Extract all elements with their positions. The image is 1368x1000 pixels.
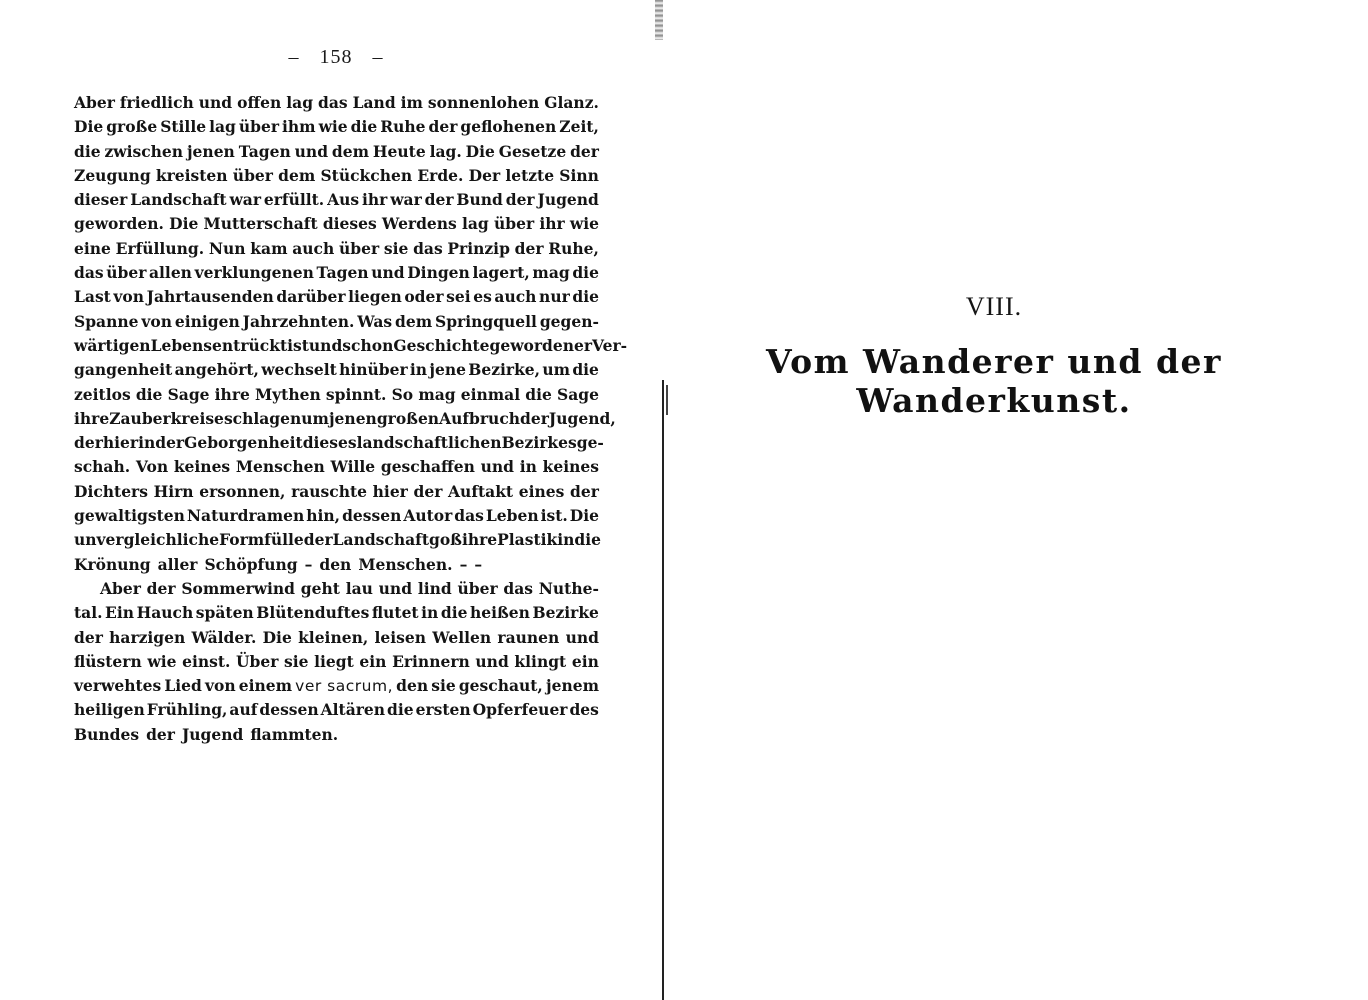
word: Wellen: [432, 626, 491, 650]
word: sie: [284, 650, 308, 674]
word: ist.: [541, 504, 568, 528]
word: Was: [357, 310, 392, 334]
word: spinnt.: [326, 383, 387, 407]
word: Lied: [164, 674, 202, 698]
word: So: [392, 383, 414, 407]
word: sei: [446, 285, 470, 309]
word: Bezirke: [533, 601, 599, 625]
word: Zeit,: [559, 115, 599, 139]
word: über: [239, 115, 279, 139]
word: liegen: [348, 285, 402, 309]
word: ihr: [362, 188, 387, 212]
word: schon: [342, 334, 393, 358]
word: offen: [237, 91, 281, 115]
word: ihr: [539, 212, 564, 236]
word: Mutterschaft: [204, 212, 318, 236]
word: ver sacrum,: [295, 674, 393, 698]
word: leisen: [375, 626, 427, 650]
word: späten: [196, 601, 254, 625]
word: Opferfeuer: [473, 698, 568, 722]
word: der: [429, 115, 458, 139]
word: und: [309, 334, 342, 358]
word: erfüllt.: [264, 188, 324, 212]
chapter-number: VIII.: [664, 292, 1324, 322]
word: Über: [236, 650, 278, 674]
word: lind: [418, 577, 452, 601]
word: von: [141, 310, 172, 334]
word: Menschen.: [358, 553, 452, 577]
text-line: AberderSommerwindgehtlauundlindüberdasNu…: [74, 577, 599, 601]
word: mag: [418, 383, 455, 407]
word: Aufbruch: [439, 407, 520, 431]
text-line: AberfriedlichundoffenlagdasLandimsonnenl…: [74, 91, 599, 115]
word: große: [106, 115, 157, 139]
word: Krönung: [74, 553, 151, 577]
word: heißen: [470, 601, 530, 625]
word: geflohenen: [460, 115, 556, 139]
word: Frühling,: [147, 698, 228, 722]
word: Tagen: [317, 261, 369, 285]
text-line: SpannevoneinigenJahrzehnten.WasdemSpring…: [74, 310, 599, 334]
text-line: derharzigenWälder.Diekleinen,leisenWelle…: [74, 626, 599, 650]
word: und: [295, 140, 328, 164]
chapter-title: Vom Wanderer und der Wanderkunst.: [664, 342, 1324, 420]
word: ersonnen,: [199, 480, 285, 504]
text-line: heiligenFrühling,aufdessenAltärendieerst…: [74, 698, 599, 722]
word: dieses: [323, 212, 377, 236]
word: Stille: [160, 115, 206, 139]
word: lag.: [430, 140, 462, 164]
word: mag: [532, 261, 569, 285]
word: von: [205, 674, 236, 698]
word: ihre: [215, 383, 250, 407]
word: Die: [169, 212, 198, 236]
word: Springquell: [435, 310, 537, 334]
word: Dingen: [407, 261, 470, 285]
word: keines: [174, 455, 230, 479]
text-line: eineErfüllung.NunkamauchübersiedasPrinzi…: [74, 237, 599, 261]
word: ein: [572, 650, 599, 674]
word: und: [199, 91, 232, 115]
word: um: [301, 407, 329, 431]
word: und: [379, 577, 412, 601]
word: eines: [519, 480, 565, 504]
word: über: [233, 164, 273, 188]
word: Jahrzehnten.: [243, 310, 355, 334]
text-line: flüsternwieeinst.ÜbersieliegteinErinnern…: [74, 650, 599, 674]
word: gegen-: [540, 310, 599, 334]
word: gewaltigsten: [74, 504, 185, 528]
word: die: [351, 115, 378, 139]
word: Erfüllung.: [116, 237, 204, 261]
word: gewordener: [490, 334, 593, 358]
word: geschaffen: [381, 455, 475, 479]
word: um: [542, 358, 570, 382]
word: einem: [239, 674, 292, 698]
word: über: [494, 212, 534, 236]
text-line: geworden.DieMutterschaftdiesesWerdenslag…: [74, 212, 599, 236]
word: in: [138, 431, 155, 455]
word: hin,: [306, 504, 340, 528]
word: es: [473, 285, 492, 309]
word: ihre: [74, 407, 109, 431]
word: der: [146, 723, 175, 747]
word: der: [74, 626, 103, 650]
word: letzte: [505, 164, 554, 188]
word: die: [572, 261, 599, 285]
word: Die: [263, 626, 292, 650]
word: der: [304, 528, 333, 552]
word: dieses: [303, 431, 357, 455]
word: in: [410, 358, 427, 382]
word: Ein: [105, 601, 134, 625]
word: Glanz.: [544, 91, 599, 115]
word: Sage: [557, 383, 599, 407]
word: –: [460, 553, 468, 577]
word: die: [387, 698, 414, 722]
word: auch: [292, 237, 334, 261]
word: lagert,: [472, 261, 529, 285]
word: lag: [462, 212, 489, 236]
word: einst.: [182, 650, 230, 674]
word: zwischen: [104, 140, 183, 164]
word: der: [520, 407, 549, 431]
word: lag: [209, 115, 236, 139]
word: Schöpfung: [204, 553, 297, 577]
word: die: [572, 358, 599, 382]
word: der: [515, 237, 544, 261]
word: Sinn: [559, 164, 599, 188]
word: den: [396, 674, 428, 698]
text-line: derhierinderGeborgenheitdieseslandschaft…: [74, 431, 599, 455]
word: ihm: [282, 115, 316, 139]
text-line: LastvonJahrtausendendarüberliegenodersei…: [74, 285, 599, 309]
word: wie: [147, 650, 176, 674]
word: Die: [570, 504, 599, 528]
word: Tagen: [239, 140, 291, 164]
word: Mythen: [255, 383, 321, 407]
word: kreisten: [156, 164, 228, 188]
word: der: [414, 480, 443, 504]
word: und: [371, 261, 404, 285]
word: Bundes: [74, 723, 139, 747]
text-line: gewaltigstenNaturdramenhin,dessenAutorda…: [74, 504, 599, 528]
word: der: [570, 140, 599, 164]
word: Aber: [74, 91, 115, 115]
word: Erde.: [417, 164, 463, 188]
word: Bund: [456, 188, 502, 212]
word: Ruhe: [380, 115, 425, 139]
word: wärtigen: [74, 334, 151, 358]
word: nur: [539, 285, 570, 309]
word: Stückchen: [320, 164, 412, 188]
word: Formfülle: [219, 528, 304, 552]
text-line: ihreZauberkreiseschlagenumjenengroßenAuf…: [74, 407, 599, 431]
word: die: [572, 285, 599, 309]
word: Blütenduftes: [256, 601, 369, 625]
word: der: [506, 188, 535, 212]
word: die: [525, 383, 552, 407]
word: Der: [469, 164, 500, 188]
word: sie: [431, 674, 455, 698]
word: ein: [359, 650, 386, 674]
word: Geschichte: [393, 334, 489, 358]
word: Sage: [168, 383, 210, 407]
word: Wälder.: [192, 626, 257, 650]
word: liegt: [314, 650, 354, 674]
word: lag: [286, 91, 313, 115]
word: verwehtes: [74, 674, 161, 698]
text-line: KrönungallerSchöpfung–denMenschen.––: [74, 553, 599, 577]
word: landschaftlichen: [357, 431, 502, 455]
word: goß: [429, 528, 462, 552]
word: Werdens: [382, 212, 457, 236]
word: flüstern: [74, 650, 142, 674]
word: jene: [429, 358, 466, 382]
word: das: [318, 91, 348, 115]
word: jenen: [329, 407, 377, 431]
text-line: DiegroßeStillelagüberihmwiedieRuhedergef…: [74, 115, 599, 139]
word: von: [113, 285, 144, 309]
word: der: [147, 577, 176, 601]
text-line: diezwischenjenenTagenunddemHeutelag.DieG…: [74, 140, 599, 164]
word: hier: [373, 480, 408, 504]
word: und: [475, 650, 508, 674]
word: sie: [384, 237, 408, 261]
word: den: [319, 553, 351, 577]
word: die: [574, 528, 601, 552]
word: Nuthe-: [539, 577, 599, 601]
text-line: gangenheitangehört,wechselthinüberinjene…: [74, 358, 599, 382]
word: Bezirkes: [502, 431, 577, 455]
word: das: [413, 237, 443, 261]
word: –: [305, 553, 313, 577]
word: friedlich: [120, 91, 194, 115]
word: Autor: [403, 504, 452, 528]
word: die: [441, 601, 468, 625]
word: über: [457, 577, 497, 601]
word: kleinen,: [298, 626, 368, 650]
word: angehört,: [175, 358, 259, 382]
word: Landschaft: [130, 188, 226, 212]
word: eine: [74, 237, 111, 261]
left-page: – 158 – AberfriedlichundoffenlagdasLandi…: [0, 0, 660, 1000]
word: raunen: [497, 626, 559, 650]
word: wie: [319, 115, 348, 139]
word: kam: [250, 237, 287, 261]
word: schah.: [74, 455, 130, 479]
word: heiligen: [74, 698, 145, 722]
word: Heute: [373, 140, 426, 164]
word: Nun: [209, 237, 246, 261]
word: lau: [346, 577, 373, 601]
word: Hauch: [137, 601, 194, 625]
word: der: [155, 431, 184, 455]
word: dem: [278, 164, 315, 188]
text-line: wärtigenLebensentrücktistundschonGeschic…: [74, 334, 599, 358]
word: Zeugung: [74, 164, 151, 188]
word: aller: [158, 553, 198, 577]
word: war: [229, 188, 261, 212]
word: unvergleichliche: [74, 528, 219, 552]
text-line: verwehtesLiedvoneinemver sacrum,densiege…: [74, 674, 599, 698]
word: dem: [332, 140, 369, 164]
word: sonnenlohen: [428, 91, 539, 115]
text-line: zeitlosdieSageihreMythenspinnt.Somageinm…: [74, 383, 599, 407]
word: Ruhe,: [548, 237, 599, 261]
word: hier: [103, 431, 138, 455]
word: einigen: [175, 310, 240, 334]
word: Land: [353, 91, 396, 115]
word: in: [421, 601, 438, 625]
word: Altären: [321, 698, 385, 722]
word: Jugend: [537, 188, 598, 212]
word: Prinzip: [447, 237, 510, 261]
text-line: BundesderJugendflammten.: [74, 723, 599, 747]
word: flammten.: [250, 723, 338, 747]
word: des: [569, 698, 598, 722]
word: Wille: [330, 455, 375, 479]
word: ist: [287, 334, 309, 358]
page-number-dash-left: –: [289, 46, 300, 69]
word: dieser: [74, 188, 127, 212]
word: großen: [377, 407, 439, 431]
word: einmal: [461, 383, 520, 407]
word: das: [74, 261, 104, 285]
word: Hirn: [154, 480, 194, 504]
word: entrückt: [212, 334, 287, 358]
word: die: [136, 383, 163, 407]
page-number-dash-right: –: [373, 46, 384, 69]
word: Leben: [486, 504, 539, 528]
text-line: ZeugungkreistenüberdemStückchenErde.Derl…: [74, 164, 599, 188]
word: Jahrtausenden: [147, 285, 274, 309]
word: Gesetze: [499, 140, 567, 164]
word: Geborgenheit: [184, 431, 303, 455]
text-line: dieserLandschaftwarerfüllt.AusihrwarderB…: [74, 188, 599, 212]
word: auch: [494, 285, 536, 309]
word: jenen: [187, 140, 235, 164]
word: rauschte: [291, 480, 367, 504]
word: allen: [149, 261, 192, 285]
word: Zauberkreise: [109, 407, 224, 431]
word: wechselt: [261, 358, 337, 382]
page-number-value: 158: [320, 46, 353, 68]
word: Die: [466, 140, 495, 164]
word: Naturdramen: [187, 504, 304, 528]
word: darüber: [276, 285, 345, 309]
word: ersten: [416, 698, 471, 722]
text-line: DichtersHirnersonnen,rauschtehierderAuft…: [74, 480, 599, 504]
word: war: [390, 188, 422, 212]
word: über: [106, 261, 146, 285]
word: geht: [301, 577, 340, 601]
gutter-scan-artifact: [655, 0, 663, 40]
word: Dichters: [74, 480, 148, 504]
word: dessen: [342, 504, 401, 528]
word: gangenheit: [74, 358, 172, 382]
word: –: [474, 553, 482, 577]
word: jenem: [546, 674, 599, 698]
word: auf: [229, 698, 257, 722]
book-spread: – 158 – AberfriedlichundoffenlagdasLandi…: [0, 0, 1368, 1000]
word: Menschen: [236, 455, 325, 479]
word: dessen: [259, 698, 318, 722]
word: das: [454, 504, 484, 528]
word: ihre: [462, 528, 497, 552]
word: Plastik: [497, 528, 557, 552]
word: ge-: [577, 431, 604, 455]
word: hinüber: [339, 358, 408, 382]
word: Last: [74, 285, 111, 309]
word: Von: [136, 455, 168, 479]
word: verklungenen: [195, 261, 314, 285]
text-line: unvergleichlicheFormfüllederLandschaftgo…: [74, 528, 599, 552]
word: der: [425, 188, 454, 212]
word: keines: [543, 455, 599, 479]
word: geschaut,: [459, 674, 543, 698]
word: flutet: [372, 601, 419, 625]
word: oder: [404, 285, 443, 309]
text-line: dasüberallenverklungenenTagenundDingenla…: [74, 261, 599, 285]
text-line: schah.VonkeinesMenschenWillegeschaffenun…: [74, 455, 599, 479]
word: geworden.: [74, 212, 164, 236]
word: und: [481, 455, 514, 479]
page-number: – 158 –: [0, 46, 672, 69]
word: Lebens: [151, 334, 212, 358]
right-page: VIII. Vom Wanderer und der Wanderkunst.: [664, 0, 1368, 1000]
word: das: [503, 577, 533, 601]
word: schlagen: [224, 407, 301, 431]
word: Aus: [327, 188, 359, 212]
word: Die: [74, 115, 103, 139]
word: Jugend: [182, 723, 243, 747]
word: die: [74, 140, 101, 164]
word: Sommerwind: [181, 577, 295, 601]
word: wie: [570, 212, 599, 236]
word: Auftakt: [448, 480, 513, 504]
word: der: [74, 431, 103, 455]
word: im: [401, 91, 423, 115]
word: Jugend,: [549, 407, 616, 431]
word: klingt: [514, 650, 566, 674]
word: Erinnern: [392, 650, 470, 674]
word: Aber: [100, 577, 141, 601]
word: Spanne: [74, 310, 138, 334]
word: Landschaft: [333, 528, 429, 552]
word: der: [570, 480, 599, 504]
word: zeitlos: [74, 383, 131, 407]
word: über: [339, 237, 379, 261]
word: harzigen: [109, 626, 185, 650]
word: Bezirke,: [468, 358, 540, 382]
body-text: AberfriedlichundoffenlagdasLandimsonnenl…: [74, 91, 599, 747]
word: Ver-: [592, 334, 627, 358]
word: tal.: [74, 601, 103, 625]
word: in: [520, 455, 537, 479]
text-line: tal.EinHauchspätenBlütenduftesflutetindi…: [74, 601, 599, 625]
word: dem: [395, 310, 432, 334]
word: und: [566, 626, 599, 650]
word: in: [557, 528, 574, 552]
